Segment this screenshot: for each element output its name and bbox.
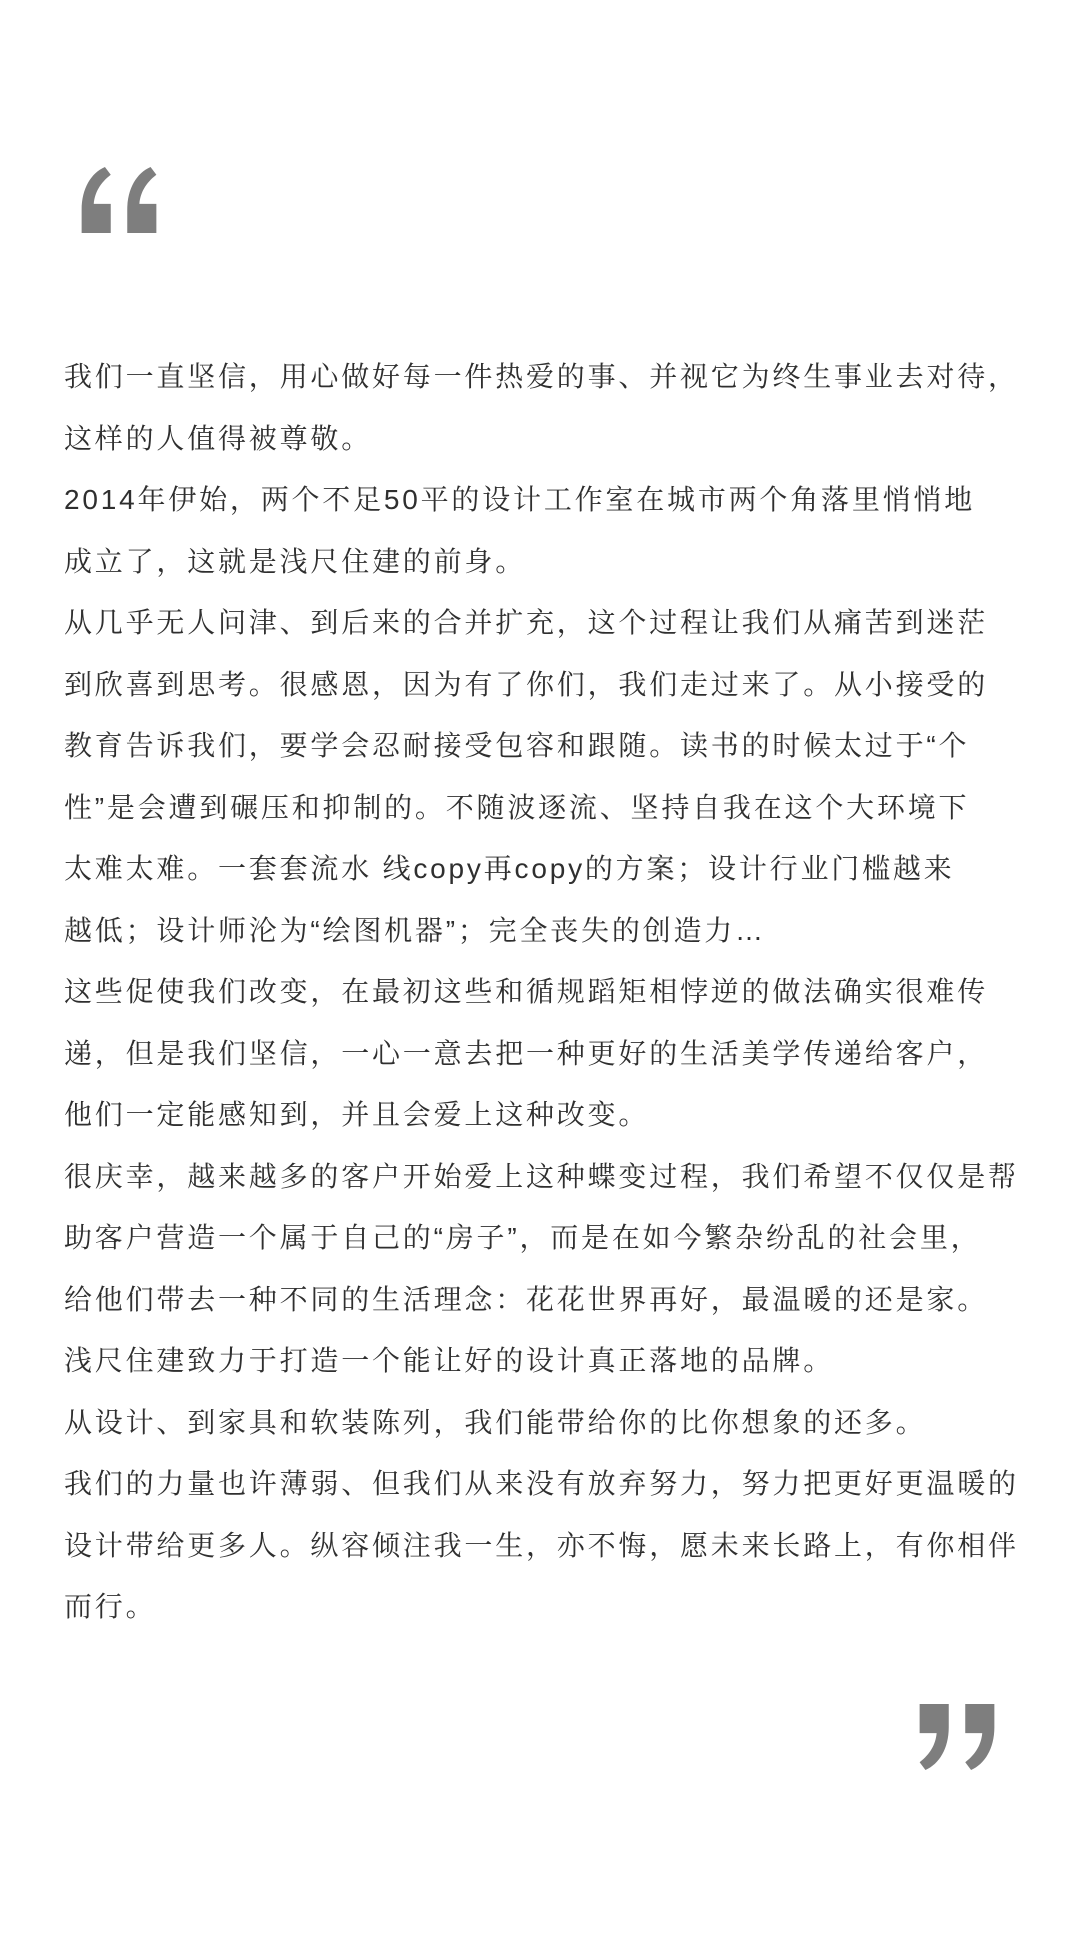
quote-line: 到欣喜到思考。很感恩，因为有了你们，我们走过来了。从小接受的 — [64, 654, 1024, 716]
quote-line: 助客户营造一个属于自己的“房子”，而是在如今繁杂纷乱的社会里， — [64, 1207, 1024, 1269]
quote-line: 而行。 — [64, 1576, 1024, 1638]
quote-line: 这些促使我们改变，在最初这些和循规蹈矩相悖逆的做法确实很难传 — [64, 961, 1024, 1023]
brand-story-page: 我们一直坚信，用心做好每一件热爱的事、并视它为终生事业去对待， 这样的人值得被尊… — [0, 0, 1080, 1943]
quote-line: 2014年伊始，两个不足50平的设计工作室在城市两个角落里悄悄地 — [64, 469, 1024, 531]
quote-line: 越低；设计师沦为“绘图机器”；完全丧失的创造力… — [64, 900, 1024, 962]
quote-line: 浅尺住建致力于打造一个能让好的设计真正落地的品牌。 — [64, 1330, 1024, 1392]
quote-line: 我们一直坚信，用心做好每一件热爱的事、并视它为终生事业去对待， — [64, 346, 1024, 408]
quote-line: 从设计、到家具和软装陈列，我们能带给你的比你想象的还多。 — [64, 1392, 1024, 1454]
quote-text-block: 我们一直坚信，用心做好每一件热爱的事、并视它为终生事业去对待， 这样的人值得被尊… — [64, 346, 1024, 1638]
opening-double-quote-icon — [80, 167, 158, 233]
quote-line: 递，但是我们坚信，一心一意去把一种更好的生活美学传递给客户， — [64, 1023, 1024, 1085]
quote-line: 我们的力量也许薄弱、但我们从来没有放弃努力，努力把更好更温暖的 — [64, 1453, 1024, 1515]
quote-line: 设计带给更多人。纵容倾注我一生，亦不悔，愿未来长路上，有你相伴 — [64, 1515, 1024, 1577]
quote-line: 他们一定能感知到，并且会爱上这种改变。 — [64, 1084, 1024, 1146]
quote-line: 教育告诉我们，要学会忍耐接受包容和跟随。读书的时候太过于“个 — [64, 715, 1024, 777]
quote-line: 从几乎无人问津、到后来的合并扩充，这个过程让我们从痛苦到迷茫 — [64, 592, 1024, 654]
quote-line: 成立了，这就是浅尺住建的前身。 — [64, 531, 1024, 593]
quote-line: 给他们带去一种不同的生活理念：花花世界再好，最温暖的还是家。 — [64, 1269, 1024, 1331]
quote-line: 很庆幸，越来越多的客户开始爱上这种蝶变过程，我们希望不仅仅是帮 — [64, 1146, 1024, 1208]
quote-line: 太难太难。一套套流水 线copy再copy的方案；设计行业门槛越来 — [64, 838, 1024, 900]
closing-double-quote-icon — [918, 1704, 996, 1770]
quote-line: 性”是会遭到碾压和抑制的。不随波逐流、坚持自我在这个大环境下 — [64, 777, 1024, 839]
quote-line: 这样的人值得被尊敬。 — [64, 408, 1024, 470]
